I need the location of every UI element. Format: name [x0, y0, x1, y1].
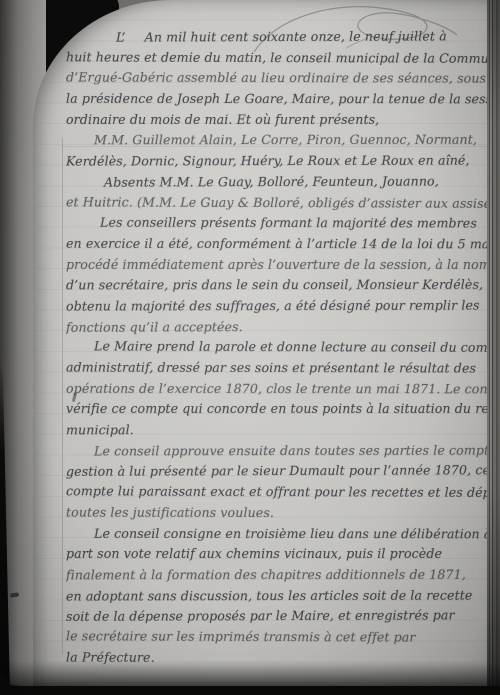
manuscript-line: obtenu la majorité des suffrages, a été … [66, 295, 490, 317]
manuscript-line: municipal. [66, 420, 490, 441]
manuscript-line: Le Maire prend la parole et donne lectur… [66, 337, 490, 359]
manuscript-line: en adoptant sans discussion, tous les ar… [66, 585, 490, 607]
manuscript-line: vérifie ce compte qui concorde en tous p… [66, 399, 490, 420]
manuscript-line: gestion à lui présenté par le sieur Duma… [66, 461, 490, 483]
manuscript-line: soit de la dépense proposés par le Maire… [66, 605, 490, 627]
manuscript-line: Kerdélès, Dornic, Signour, Huéry, Le Rou… [66, 151, 490, 173]
manuscript-line: Le conseil consigne en troisième lieu da… [66, 523, 490, 544]
scanned-register-photo: L’ An mil huit cent soixante onze, le ne… [0, 0, 500, 695]
manuscript-line: toutes les justifications voulues. [66, 502, 490, 524]
manuscript-line: Les conseillers présents formant la majo… [66, 213, 490, 235]
manuscript-line: Le conseil approuve ensuite dans toutes … [66, 440, 490, 462]
manuscript-line: en exercice il a été, conformément à l’a… [66, 234, 490, 255]
manuscript-line: ordinaire du mois de mai. Et où furent p… [66, 110, 490, 131]
manuscript-line: part son vote relatif aux chemins vicina… [66, 544, 490, 565]
manuscript-line: procédé immédiatement après l’ouverture … [66, 255, 490, 276]
bottom-shadow-fade [0, 661, 500, 687]
page-stack-edge-shade [487, 0, 500, 695]
manuscript-line: administratif, dressé par ses soins et p… [66, 357, 490, 379]
bottom-dark-band [0, 686, 500, 695]
manuscript-line: Absents M.M. Le Guay, Bolloré, Feunteun,… [66, 171, 490, 193]
manuscript-line: compte lui paraissant exact et offrant p… [66, 481, 490, 503]
manuscript-line: le secrétaire sur les imprimés transmis … [66, 626, 490, 648]
margin-rule-line [62, 138, 63, 654]
manuscript-line: opérations de l’exercice 1870, clos le t… [66, 378, 490, 399]
manuscript-line: d’Ergué-Gabéric assemblé au lieu ordinai… [66, 68, 490, 90]
manuscript-line: la présidence de Joseph Le Goare, Maire,… [66, 89, 490, 110]
manuscript-line: L’ An mil huit cent soixante onze, le ne… [66, 27, 490, 48]
manuscript-line: huit heures et demie du matin, le consei… [66, 47, 490, 69]
manuscript-line: d’un secrétaire, pris dans le sein du co… [66, 275, 490, 296]
manuscript-line: fonctions qu’il a acceptées. [66, 316, 490, 338]
manuscript-text: L’ An mil huit cent soixante onze, le ne… [66, 27, 490, 673]
manuscript-line: et Huitric. (M.M. Le Guay & Bolloré, obl… [66, 192, 490, 214]
manuscript-line: finalement à la formation des chapitres … [66, 565, 490, 586]
manuscript-line: M.M. Guillemot Alain, Le Corre, Piron, G… [66, 130, 490, 151]
